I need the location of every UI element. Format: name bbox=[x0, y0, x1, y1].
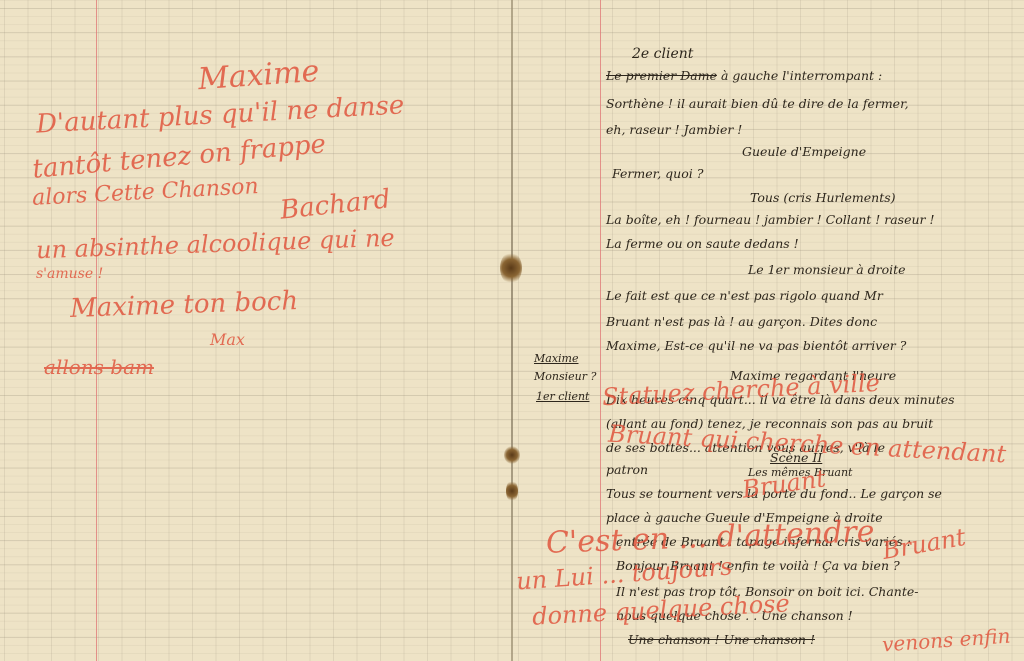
script-line: eh, raseur ! Jambier ! bbox=[606, 122, 742, 137]
red-note: Maxime ton boch bbox=[70, 286, 299, 324]
script-line: La ferme ou on saute dedans ! bbox=[606, 236, 799, 251]
ink-stain bbox=[500, 252, 522, 284]
ink-stain bbox=[504, 446, 520, 464]
page-gutter bbox=[511, 0, 513, 661]
left-margin-line bbox=[96, 0, 97, 661]
margin-note: 1er client bbox=[536, 390, 589, 403]
manuscript-spread: Maxime D'autant plus qu'il ne danse tant… bbox=[0, 0, 1024, 661]
red-note: allons bam bbox=[44, 355, 154, 379]
script-line: Sorthène ! il aurait bien dû te dire de … bbox=[606, 96, 909, 111]
red-note: Maxime bbox=[197, 54, 320, 97]
struck-text: Le premier Dame bbox=[606, 68, 717, 83]
red-note: Max bbox=[210, 330, 245, 349]
red-note: un absinthe alcoolique qui ne bbox=[36, 224, 395, 265]
script-line: Maxime, Est-ce qu'il ne va pas bientôt a… bbox=[606, 338, 906, 353]
script-line: à gauche l'interrompant : bbox=[721, 68, 882, 83]
script-line: Fermer, quoi ? bbox=[612, 166, 703, 181]
script-line: patron bbox=[606, 462, 648, 477]
red-note: donne quelque chose bbox=[531, 589, 790, 630]
red-note: Bruant bbox=[880, 523, 968, 565]
struck-text: Une chanson ! Une chanson ! bbox=[628, 632, 815, 647]
red-note: s'amuse ! bbox=[36, 266, 103, 282]
speaker-name: Gueule d'Empeigne bbox=[742, 144, 866, 159]
left-page: Maxime D'autant plus qu'il ne danse tant… bbox=[0, 0, 512, 661]
script-line: Bruant n'est pas là ! au garçon. Dites d… bbox=[606, 314, 877, 329]
insertion: 2e client bbox=[632, 46, 693, 62]
right-page: 2e client Le premier Dame à gauche l'int… bbox=[512, 0, 1024, 661]
margin-note: Monsieur ? bbox=[534, 370, 596, 383]
margin-note: Maxime bbox=[534, 352, 578, 365]
red-note: venons enfin bbox=[881, 624, 1011, 657]
speaker-name: Le 1er monsieur à droite bbox=[748, 262, 906, 277]
script-line: Le fait est que ce n'est pas rigolo quan… bbox=[606, 288, 883, 303]
red-note: Bachard bbox=[279, 184, 392, 225]
red-note: D'autant plus qu'il ne danse bbox=[35, 90, 404, 139]
script-line: La boîte, eh ! fourneau ! jambier ! Coll… bbox=[606, 212, 935, 227]
speaker-name: Tous (cris Hurlements) bbox=[750, 190, 896, 205]
ink-stain bbox=[506, 480, 518, 502]
